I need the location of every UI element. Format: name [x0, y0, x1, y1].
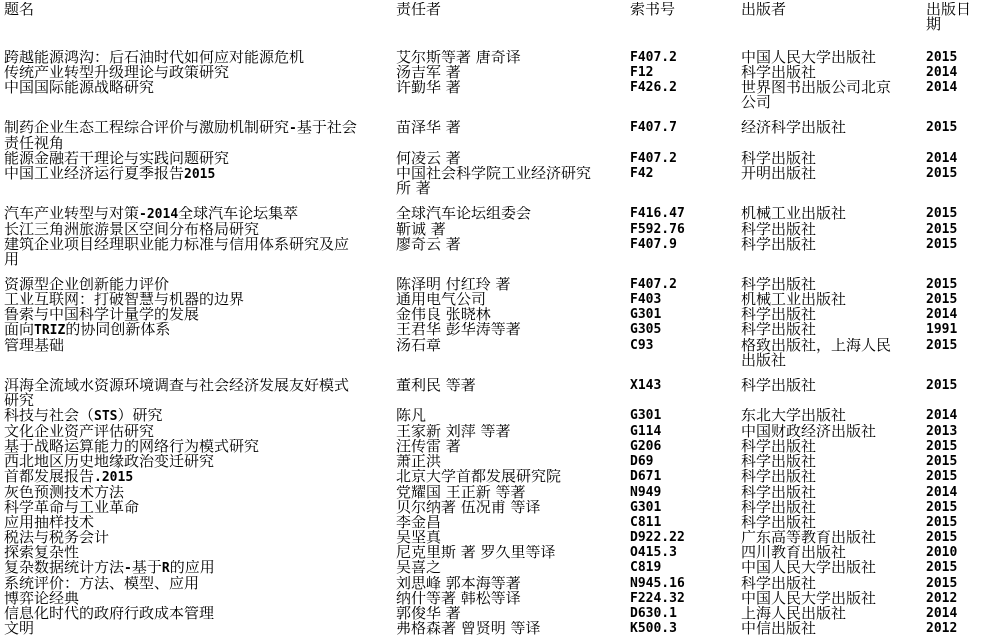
cell-author: 尼克里斯 著 罗久里等译	[396, 545, 630, 560]
cell-publisher: 科学出版社	[741, 454, 926, 469]
cell-call-number: D922.22	[630, 530, 741, 545]
cell-title: 长江三角洲旅游景区空间分布格局研究	[0, 222, 396, 237]
cell-publish-date: 2014	[926, 485, 983, 500]
cell-title: 洱海全流域水资源环境调查与社会经济发展友好模式研究	[0, 378, 396, 408]
cell-call-number: F407.7	[630, 120, 741, 151]
ascii-text: R	[162, 561, 170, 576]
cell-publisher: 科学出版社	[741, 485, 926, 500]
table-row: 文化企业资产评估研究 王家新 刘萍 等著 G114 中国财政经济出版社 2013	[0, 424, 983, 439]
table-row: 应用抽样技术 李金昌 C811 科学出版社 2015	[0, 515, 983, 530]
cell-title: 基于战略运算能力的网络行为模式研究	[0, 439, 396, 454]
cell-publisher: 四川教育出版社	[741, 545, 926, 560]
ascii-text: -	[124, 561, 132, 576]
table-row: 首都发展报告.2015 北京大学首都发展研究院 D671 科学出版社 2015	[0, 469, 983, 485]
cell-call-number: F416.47	[630, 206, 741, 222]
catalog-table: 题名 责任者 索书号 出版者 出版日期 跨越能源鸿沟：后石油时代如何应对能源危机…	[0, 2, 983, 635]
table-row: 建筑企业项目经理职业能力标准与信用体系研究及应用 廖奇云 著 F407.9 科学…	[0, 237, 983, 267]
cell-title: 鲁索与中国科学计量学的发展	[0, 307, 396, 322]
table-row: 鲁索与中国科学计量学的发展 金伟良 张晓林 G301 科学出版社 2014	[0, 307, 983, 322]
cell-author: 艾尔斯等著 唐奇译	[396, 50, 630, 65]
cell-call-number: D671	[630, 469, 741, 485]
column-header-author: 责任者	[396, 2, 630, 50]
cell-call-number: F407.9	[630, 237, 741, 267]
cell-call-number: F224.32	[630, 591, 741, 606]
cell-call-number: G301	[630, 307, 741, 322]
row-spacer	[0, 196, 983, 206]
cell-publisher: 科学出版社	[741, 237, 926, 267]
ascii-text: -2014	[139, 207, 178, 222]
cell-publisher: 中国人民大学出版社	[741, 50, 926, 65]
cell-title: 博弈论经典	[0, 591, 396, 606]
cell-publish-date: 2015	[926, 338, 983, 368]
cell-publish-date: 1991	[926, 322, 983, 338]
table-row: 洱海全流域水资源环境调查与社会经济发展友好模式研究 董利民 等著 X143 科学…	[0, 378, 983, 408]
cell-title: 税法与税务会计	[0, 530, 396, 545]
cell-title: 跨越能源鸿沟：后石油时代如何应对能源危机	[0, 50, 396, 65]
table-row: 管理基础 汤石章 C93 格致出版社，上海人民出版社 2015	[0, 338, 983, 368]
cell-call-number: G114	[630, 424, 741, 439]
table-row: 灰色预测技术方法 党耀国 王正新 等著 N949 科学出版社 2014	[0, 485, 983, 500]
cell-call-number: G301	[630, 408, 741, 424]
table-row: 长江三角洲旅游景区空间分布格局研究 靳诚 著 F592.76 科学出版社 201…	[0, 222, 983, 237]
cell-title: 制药企业生态工程综合评价与激励机制研究-基于社会责任视角	[0, 120, 396, 151]
cell-publisher: 广东高等教育出版社	[741, 530, 926, 545]
cell-publisher: 科学出版社	[741, 439, 926, 454]
cell-title: 西北地区历史地缘政治变迁研究	[0, 454, 396, 469]
cell-publish-date: 2015	[926, 500, 983, 515]
cell-title: 中国工业经济运行夏季报告2015	[0, 166, 396, 196]
cell-author: 李金昌	[396, 515, 630, 530]
cell-author: 吴坚真	[396, 530, 630, 545]
cell-author: 陈凡	[396, 408, 630, 424]
cell-publish-date: 2012	[926, 621, 983, 635]
cell-author: 纳什等著 韩松等译	[396, 591, 630, 606]
cell-author: 北京大学首都发展研究院	[396, 469, 630, 485]
cell-publish-date: 2013	[926, 424, 983, 439]
cell-call-number: F407.2	[630, 277, 741, 292]
ascii-text: STS	[94, 409, 117, 424]
cell-publisher: 科学出版社	[741, 277, 926, 292]
ascii-text: .2015	[94, 470, 133, 485]
cell-author: 刘思峰 郭本海等著	[396, 576, 630, 591]
cell-author: 王家新 刘萍 等著	[396, 424, 630, 439]
cell-publisher: 科学出版社	[741, 469, 926, 485]
table-row: 工业互联网：打破智慧与机器的边界 通用电气公司 F403 机械工业出版社 201…	[0, 292, 983, 307]
cell-publish-date: 2015	[926, 576, 983, 591]
cell-author: 吴喜之	[396, 560, 630, 576]
row-spacer	[0, 267, 983, 277]
cell-title: 面向TRIZ的协同创新体系	[0, 322, 396, 338]
cell-author: 弗格森著 曾贤明 等译	[396, 621, 630, 635]
table-row: 汽车产业转型与对策-2014全球汽车论坛集萃 全球汽车论坛组委会 F416.47…	[0, 206, 983, 222]
cell-publish-date: 2015	[926, 454, 983, 469]
cell-publisher: 科学出版社	[741, 576, 926, 591]
cell-publisher: 经济科学出版社	[741, 120, 926, 151]
cell-publish-date: 2015	[926, 166, 983, 196]
cell-publisher: 格致出版社，上海人民出版社	[741, 338, 926, 368]
cell-publish-date: 2015	[926, 222, 983, 237]
table-row: 中国工业经济运行夏季报告2015 中国社会科学院工业经济研究所 著 F42 开明…	[0, 166, 983, 196]
cell-call-number: O415.3	[630, 545, 741, 560]
cell-call-number: C811	[630, 515, 741, 530]
cell-title: 能源金融若干理论与实践问题研究	[0, 151, 396, 166]
cell-title: 工业互联网：打破智慧与机器的边界	[0, 292, 396, 307]
cell-call-number: N945.16	[630, 576, 741, 591]
cell-title: 科学革命与工业革命	[0, 500, 396, 515]
column-header-call-number: 索书号	[630, 2, 741, 50]
cell-publish-date: 2014	[926, 606, 983, 621]
cell-author: 贝尔纳著 伍况甫 等译	[396, 500, 630, 515]
cell-publish-date: 2015	[926, 292, 983, 307]
row-spacer	[0, 368, 983, 378]
cell-publisher: 机械工业出版社	[741, 292, 926, 307]
cell-publish-date: 2015	[926, 120, 983, 151]
cell-call-number: F407.2	[630, 151, 741, 166]
cell-title: 汽车产业转型与对策-2014全球汽车论坛集萃	[0, 206, 396, 222]
table-row: 面向TRIZ的协同创新体系 王君华 彭华涛等著 G305 科学出版社 1991	[0, 322, 983, 338]
cell-publish-date: 2015	[926, 439, 983, 454]
cell-author: 汤石章	[396, 338, 630, 368]
cell-publisher: 中国财政经济出版社	[741, 424, 926, 439]
cell-author: 金伟良 张晓林	[396, 307, 630, 322]
cell-publisher: 中国人民大学出版社	[741, 560, 926, 576]
cell-title: 应用抽样技术	[0, 515, 396, 530]
cell-author: 通用电气公司	[396, 292, 630, 307]
table-header-row: 题名 责任者 索书号 出版者 出版日期	[0, 2, 983, 50]
cell-title: 建筑企业项目经理职业能力标准与信用体系研究及应用	[0, 237, 396, 267]
cell-publish-date: 2015	[926, 378, 983, 408]
ascii-text: TRIZ	[34, 323, 65, 338]
cell-publisher: 科学出版社	[741, 151, 926, 166]
cell-author: 苗泽华 著	[396, 120, 630, 151]
cell-title: 系统评价：方法、模型、应用	[0, 576, 396, 591]
cell-publish-date: 2014	[926, 80, 983, 110]
table-row: 文明 弗格森著 曾贤明 等译 K500.3 中信出版社 2012	[0, 621, 983, 635]
cell-publisher: 中信出版社	[741, 621, 926, 635]
column-header-publish-date: 出版日期	[926, 2, 983, 50]
cell-publisher: 开明出版社	[741, 166, 926, 196]
cell-publish-date: 2012	[926, 591, 983, 606]
cell-call-number: F403	[630, 292, 741, 307]
cell-author: 董利民 等著	[396, 378, 630, 408]
cell-publisher: 科学出版社	[741, 322, 926, 338]
cell-call-number: G206	[630, 439, 741, 454]
cell-publisher: 科学出版社	[741, 65, 926, 80]
cell-publisher: 科学出版社	[741, 222, 926, 237]
cell-publisher: 机械工业出版社	[741, 206, 926, 222]
cell-title: 文明	[0, 621, 396, 635]
table-row: 博弈论经典 纳什等著 韩松等译 F224.32 中国人民大学出版社 2012	[0, 591, 983, 606]
cell-call-number: N949	[630, 485, 741, 500]
table-row: 西北地区历史地缘政治变迁研究 萧正洪 D69 科学出版社 2015	[0, 454, 983, 469]
cell-publish-date: 2014	[926, 65, 983, 80]
cell-call-number: F592.76	[630, 222, 741, 237]
cell-call-number: K500.3	[630, 621, 741, 635]
cell-publisher: 东北大学出版社	[741, 408, 926, 424]
cell-title: 首都发展报告.2015	[0, 469, 396, 485]
table-row: 跨越能源鸿沟：后石油时代如何应对能源危机 艾尔斯等著 唐奇译 F407.2 中国…	[0, 50, 983, 65]
table-row: 传统产业转型升级理论与政策研究 汤吉军 著 F12 科学出版社 2014	[0, 65, 983, 80]
table-row: 探索复杂性 尼克里斯 著 罗久里等译 O415.3 四川教育出版社 2010	[0, 545, 983, 560]
cell-author: 何凌云 著	[396, 151, 630, 166]
cell-publish-date: 2015	[926, 530, 983, 545]
catalog-results-page: 题名 责任者 索书号 出版者 出版日期 跨越能源鸿沟：后石油时代如何应对能源危机…	[0, 0, 983, 635]
cell-publisher: 科学出版社	[741, 515, 926, 530]
cell-publish-date: 2014	[926, 151, 983, 166]
cell-author: 汪传雷 著	[396, 439, 630, 454]
table-row: 能源金融若干理论与实践问题研究 何凌云 著 F407.2 科学出版社 2014	[0, 151, 983, 166]
cell-publisher: 科学出版社	[741, 500, 926, 515]
cell-call-number: X143	[630, 378, 741, 408]
column-header-publisher: 出版者	[741, 2, 926, 50]
table-row: 复杂数据统计方法-基于R的应用 吴喜之 C819 中国人民大学出版社 2015	[0, 560, 983, 576]
table-row: 基于战略运算能力的网络行为模式研究 汪传雷 著 G206 科学出版社 2015	[0, 439, 983, 454]
table-row: 税法与税务会计 吴坚真 D922.22 广东高等教育出版社 2015	[0, 530, 983, 545]
cell-title: 探索复杂性	[0, 545, 396, 560]
cell-author: 中国社会科学院工业经济研究所 著	[396, 166, 630, 196]
cell-publisher: 世界图书出版公司北京公司	[741, 80, 926, 110]
cell-call-number: F426.2	[630, 80, 741, 110]
cell-title: 灰色预测技术方法	[0, 485, 396, 500]
cell-author: 汤吉军 著	[396, 65, 630, 80]
cell-title: 传统产业转型升级理论与政策研究	[0, 65, 396, 80]
cell-title: 管理基础	[0, 338, 396, 368]
cell-publish-date: 2015	[926, 206, 983, 222]
cell-call-number: G305	[630, 322, 741, 338]
cell-title: 中国国际能源战略研究	[0, 80, 396, 110]
cell-call-number: F12	[630, 65, 741, 80]
column-header-title: 题名	[0, 2, 396, 50]
cell-author: 全球汽车论坛组委会	[396, 206, 630, 222]
table-row: 科学革命与工业革命 贝尔纳著 伍况甫 等译 G301 科学出版社 2015	[0, 500, 983, 515]
cell-author: 郭俊华 著	[396, 606, 630, 621]
table-row: 科技与社会（STS）研究 陈凡 G301 东北大学出版社 2014	[0, 408, 983, 424]
ascii-text: 2015	[184, 167, 215, 182]
cell-call-number: F42	[630, 166, 741, 196]
cell-title: 文化企业资产评估研究	[0, 424, 396, 439]
cell-publish-date: 2015	[926, 515, 983, 530]
cell-publisher: 中国人民大学出版社	[741, 591, 926, 606]
cell-call-number: C93	[630, 338, 741, 368]
cell-call-number: G301	[630, 500, 741, 515]
cell-call-number: D630.1	[630, 606, 741, 621]
cell-call-number: D69	[630, 454, 741, 469]
cell-author: 王君华 彭华涛等著	[396, 322, 630, 338]
table-row: 资源型企业创新能力评价 陈泽明 付红玲 著 F407.2 科学出版社 2015	[0, 277, 983, 292]
table-row: 信息化时代的政府行政成本管理 郭俊华 著 D630.1 上海人民出版社 2014	[0, 606, 983, 621]
cell-author: 靳诚 著	[396, 222, 630, 237]
cell-publisher: 科学出版社	[741, 378, 926, 408]
cell-publisher: 科学出版社	[741, 307, 926, 322]
cell-title: 资源型企业创新能力评价	[0, 277, 396, 292]
table-row: 中国国际能源战略研究 许勤华 著 F426.2 世界图书出版公司北京公司 201…	[0, 80, 983, 110]
table-body: 跨越能源鸿沟：后石油时代如何应对能源危机 艾尔斯等著 唐奇译 F407.2 中国…	[0, 50, 983, 635]
cell-author: 廖奇云 著	[396, 237, 630, 267]
cell-publish-date: 2014	[926, 307, 983, 322]
cell-publish-date: 2015	[926, 469, 983, 485]
cell-publish-date: 2015	[926, 50, 983, 65]
cell-author: 萧正洪	[396, 454, 630, 469]
cell-publish-date: 2015	[926, 277, 983, 292]
table-row: 制药企业生态工程综合评价与激励机制研究-基于社会责任视角 苗泽华 著 F407.…	[0, 120, 983, 151]
cell-publish-date: 2015	[926, 560, 983, 576]
cell-title: 复杂数据统计方法-基于R的应用	[0, 560, 396, 576]
cell-title: 科技与社会（STS）研究	[0, 408, 396, 424]
cell-publish-date: 2015	[926, 237, 983, 267]
cell-title: 信息化时代的政府行政成本管理	[0, 606, 396, 621]
ascii-text: -	[289, 121, 297, 136]
cell-call-number: C819	[630, 560, 741, 576]
cell-author: 许勤华 著	[396, 80, 630, 110]
table-row: 系统评价：方法、模型、应用 刘思峰 郭本海等著 N945.16 科学出版社 20…	[0, 576, 983, 591]
cell-publish-date: 2014	[926, 408, 983, 424]
cell-publish-date: 2010	[926, 545, 983, 560]
cell-author: 党耀国 王正新 等著	[396, 485, 630, 500]
row-spacer	[0, 110, 983, 120]
cell-author: 陈泽明 付红玲 著	[396, 277, 630, 292]
cell-call-number: F407.2	[630, 50, 741, 65]
cell-publisher: 上海人民出版社	[741, 606, 926, 621]
